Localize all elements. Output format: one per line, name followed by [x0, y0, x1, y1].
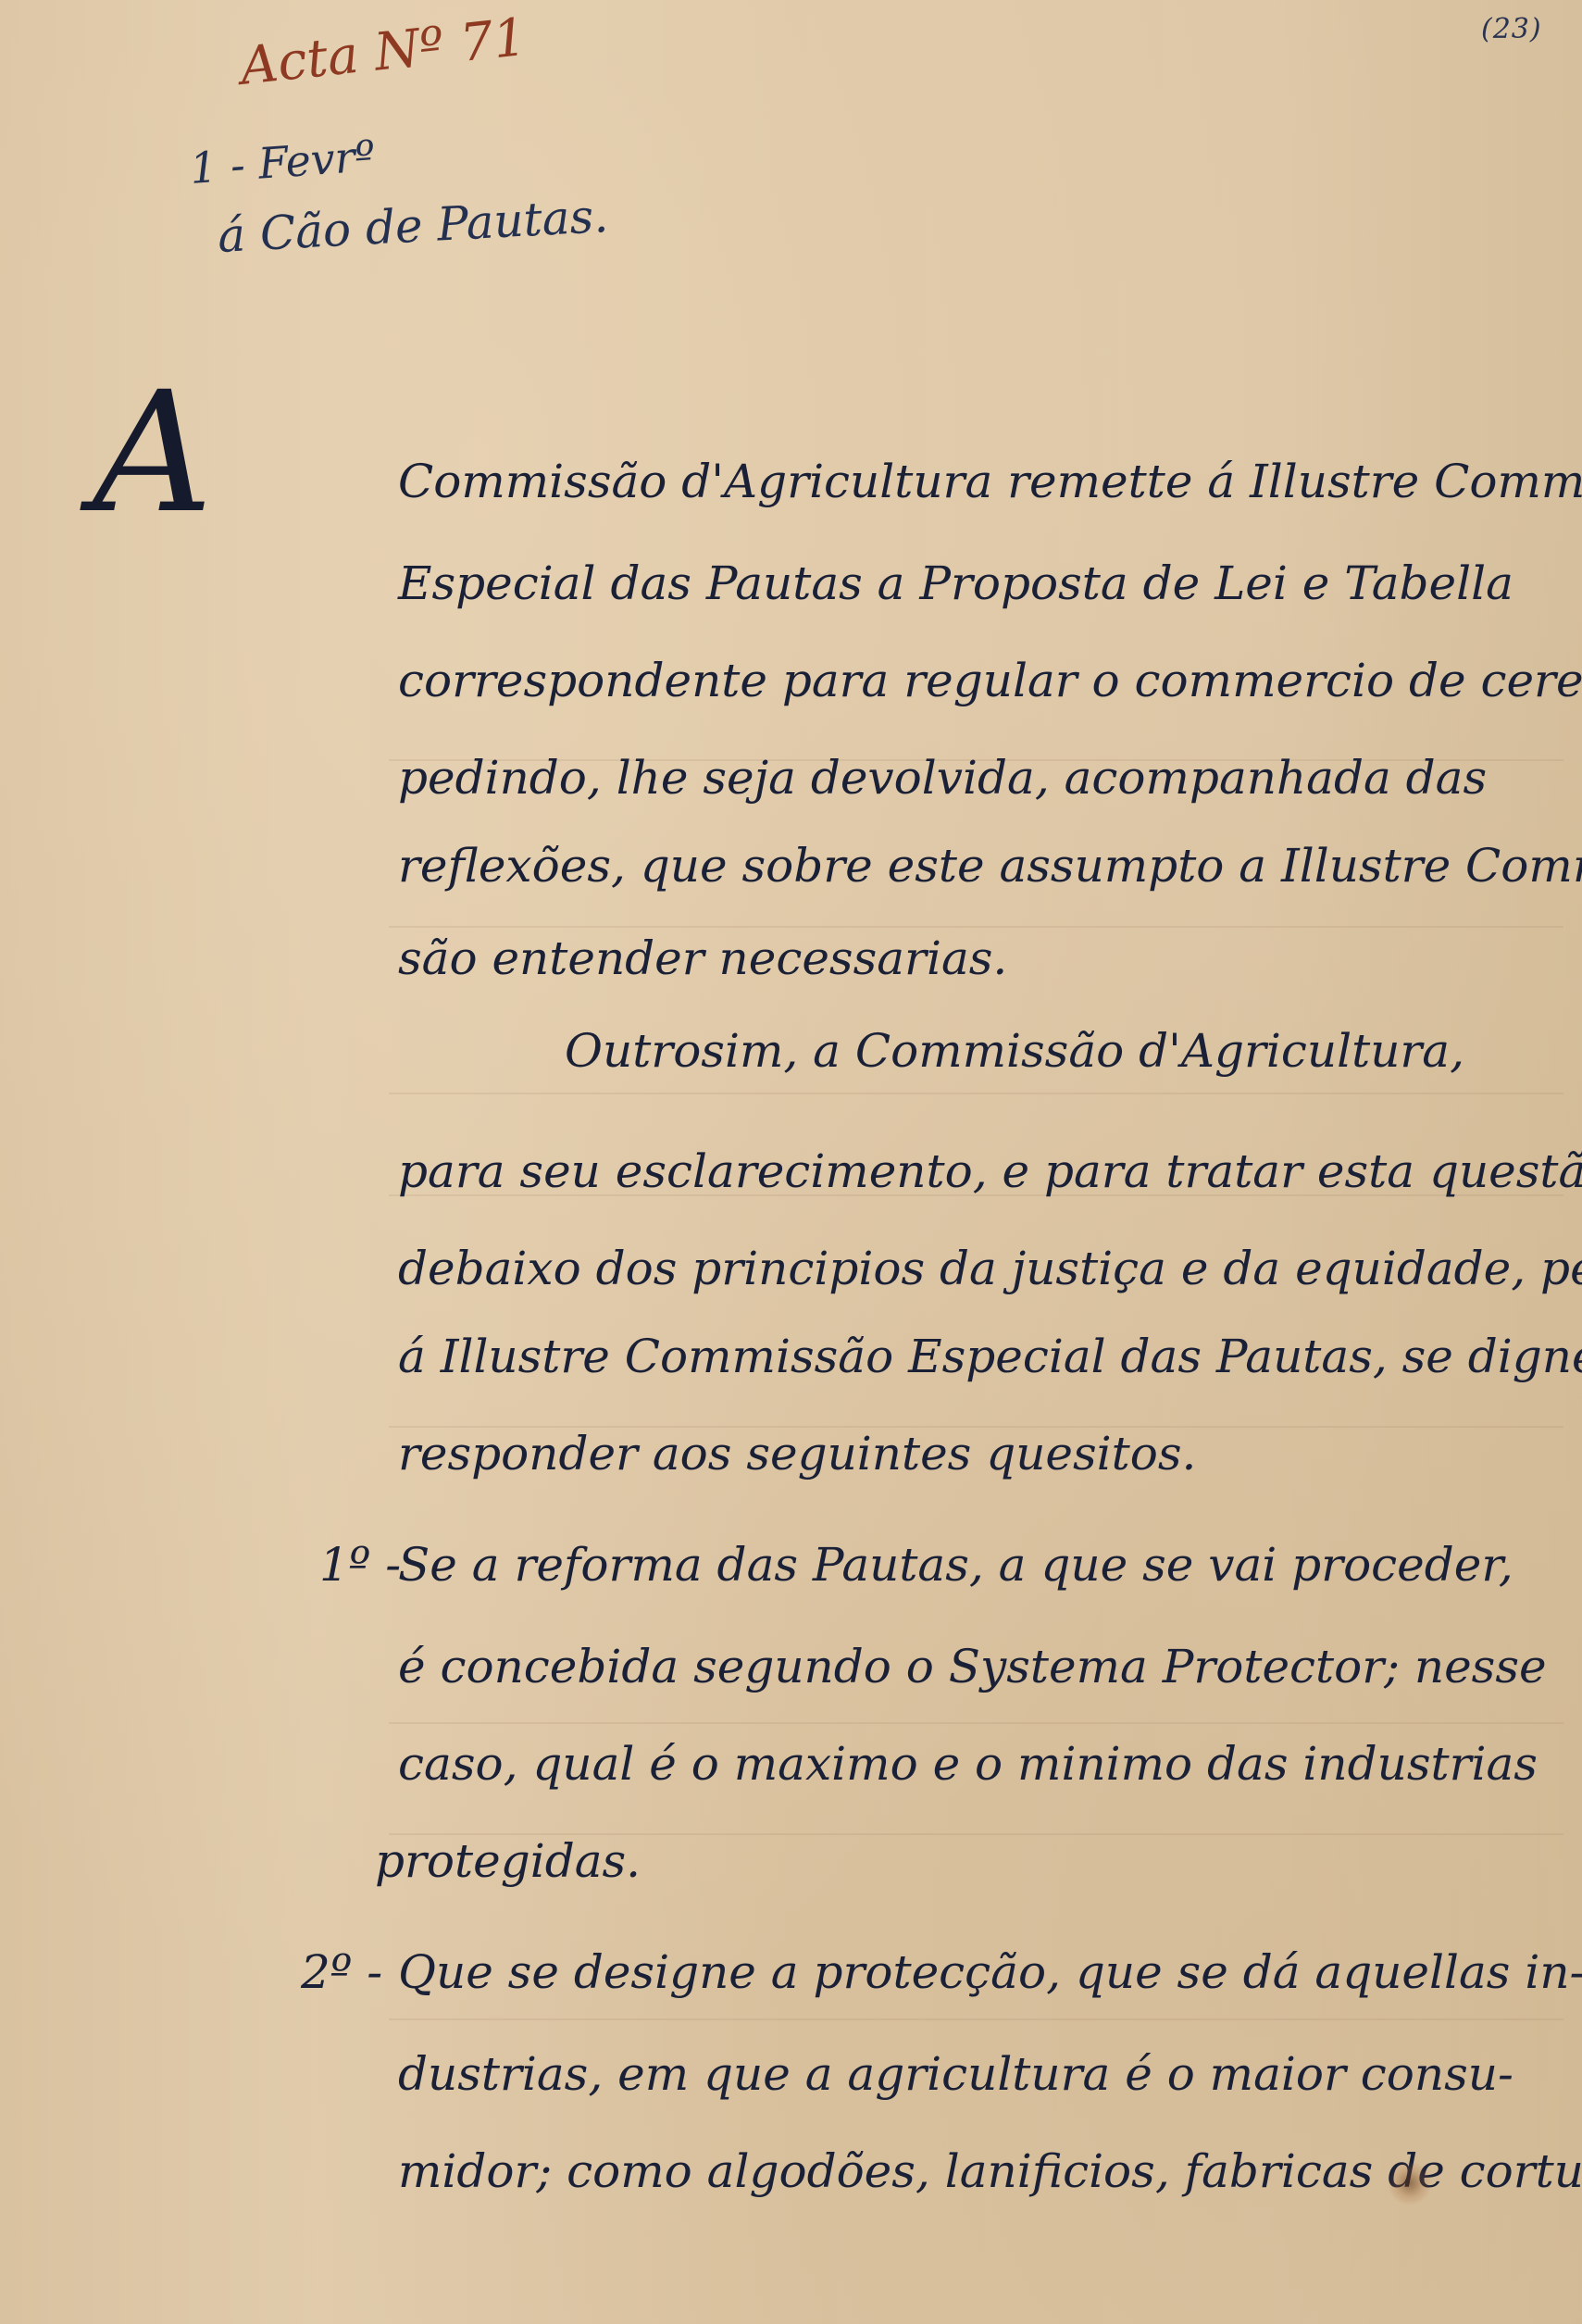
ink-stain [1389, 2162, 1431, 2205]
question-2-line: Que se designe a protecção, que se dá aq… [398, 1949, 1582, 1995]
paragraph-2-line: Outrosim, a Commissão d'Agricultura, [565, 1028, 1464, 1074]
bleed-through-line [389, 1722, 1563, 1724]
paragraph-2-line: á Illustre Commissão Especial das Pautas… [398, 1333, 1582, 1380]
bleed-through-line [389, 926, 1563, 928]
paragraph-2-line: para seu esclarecimento, e para tratar e… [398, 1148, 1582, 1194]
paragraph-1-line: reflexões, que sobre este assumpto a Ill… [398, 843, 1582, 889]
addressee-note: á Cão de Pautas. [217, 189, 610, 263]
manuscript-page: (23) Acta Nº 71 1 - Fevrº á Cão de Pauta… [0, 0, 1582, 2324]
question-number: 2º - [301, 1949, 382, 1995]
paragraph-1-line: pedindo, lhe seja devolvida, acompanhada… [398, 755, 1487, 801]
paragraph-2-line: debaixo dos principios da justiça e da e… [398, 1245, 1582, 1292]
question-1-line: é concebida segundo o Systema Protector;… [398, 1643, 1547, 1690]
question-1-line: protegidas. [375, 1838, 641, 1884]
paragraph-1-line: correspondente para regular o commercio … [398, 657, 1582, 704]
question-2-line: dustrias, em que a agricultura é o maior… [398, 2051, 1513, 2097]
acta-label: Acta Nº 71 [238, 7, 529, 97]
bleed-through-line [389, 1093, 1563, 1094]
question-1-line: Se a reforma das Pautas, a que se vai pr… [398, 1542, 1513, 1588]
date-note: 1 - Fevrº [188, 131, 377, 194]
paragraph-1-line: são entender necessarias. [398, 935, 1007, 981]
question-1-line: caso, qual é o maximo e o minimo das ind… [398, 1741, 1538, 1787]
bleed-through-line [389, 2018, 1563, 2020]
question-number: 1º - [319, 1542, 401, 1588]
folio-number: (23) [1481, 13, 1542, 45]
drop-cap: A [93, 370, 213, 537]
paragraph-1-line: Commissão d'Agricultura remette á Illust… [398, 458, 1582, 505]
paragraph-1-line: Especial das Pautas a Proposta de Lei e … [398, 560, 1513, 606]
paragraph-2-line: responder aos seguintes quesitos. [398, 1431, 1196, 1477]
